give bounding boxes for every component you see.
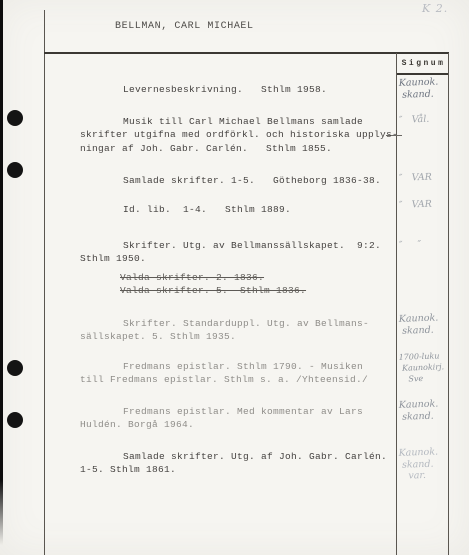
signum-annotation: Kaunok.skand. [399,76,448,101]
signum-line: var. [408,469,447,482]
entry-text-line: Skrifter. Standarduppl. Utg. av Bellmans… [80,317,410,330]
catalog-entry: Id. lib. 1-4. Sthlm 1889. [80,203,410,216]
punch-hole [7,110,23,126]
entry-text-line: skrifter utgifna med ordförkl. och histo… [80,128,410,141]
scan-edge-artifact [0,0,3,545]
library-catalog-card: K 2. BELLMAN, CARL MICHAEL Signum Levern… [0,0,469,555]
catalog-entry: Samlade skrifter. 1-5. Götheborg 1836-38… [80,174,410,187]
entry-text-line: Fredmans epistlar. Med kommentar av Lars [80,405,410,418]
entry-text-line: Samlade skrifter. 1-5. Götheborg 1836-38… [80,174,410,187]
signum-annotation: Kaunok.skand.var. [398,446,447,482]
card-heading: BELLMAN, CARL MICHAEL [115,21,254,32]
entry-text-line: 1-5. Sthlm 1861. [80,463,410,476]
signum-line: skand. [402,324,447,337]
signum-annotation: Kaunok.skand. [399,398,448,423]
punch-hole [7,162,23,178]
entry-text-line: Skrifter. Utg. av Bellmanssällskapet. 9:… [80,239,410,252]
entry-text-line: Valda skrifter. 5. Sthlm 1836. [80,284,410,297]
entry-text-line: Musik till Carl Michael Bellmans samlade [80,115,410,128]
entry-text-line: ningar af Joh. Gabr. Carlén. Sthlm 1855. [80,142,410,155]
entry-text-line: Samlade skrifter. Utg. af Joh. Gabr. Car… [80,450,410,463]
signum-line: Sve [408,372,447,384]
signum-line: ″ VAR [399,171,447,184]
signum-line: ″ VAR [399,198,447,211]
signum-annotation: ″ VAR [399,171,447,184]
entry-text-line: Sthlm 1950. [80,252,410,265]
catalog-entry: Skrifter. Utg. av Bellmanssällskapet. 9:… [80,239,410,266]
signum-line: ″ ″ [399,238,447,251]
page-number-annotation: K 2. [422,2,448,15]
signum-line: Kaunokirj. [402,361,447,374]
entry-text-line: till Fredmans epistlar. Sthlm s. a. /Yht… [80,373,410,386]
signum-annotation: ″ ″ [399,238,447,251]
catalog-entry: Fredmans epistlar. Med kommentar av Lars… [80,405,410,432]
entry-text-line: Levernesbeskrivning. Sthlm 1958. [80,83,410,96]
signum-column-header: Signum [397,54,448,75]
signum-line: ″ Vål. [399,113,447,126]
header-rule [44,52,449,54]
catalog-entry: Levernesbeskrivning. Sthlm 1958. [80,83,410,96]
signum-line: skand. [402,88,447,101]
catalog-entry: Valda skrifter. 2. 1836.Valda skrifter. … [80,271,410,298]
signum-column-right-rule [448,53,449,555]
entry-text-line: Valda skrifter. 2. 1836. [80,271,410,284]
card-left-rule [44,10,45,555]
entry-text-line: sällskapet. 5. Sthlm 1935. [80,330,410,343]
catalog-entry: Samlade skrifter. Utg. af Joh. Gabr. Car… [80,450,410,477]
signum-annotation: 1700-lukuKaunokirj.Sve [398,350,447,385]
catalog-entry: Fredmans epistlar. Sthlm 1790. - Musiken… [80,360,410,387]
punch-hole [7,412,23,428]
catalog-entry: Musik till Carl Michael Bellmans samlade… [80,115,410,155]
signum-annotation: Kaunok.skand. [399,312,448,337]
punch-hole [7,360,23,376]
entry-text-line: Huldén. Borgå 1964. [80,418,410,431]
signum-annotation: ″ Vål. [399,113,447,126]
entry-text-line: Fredmans epistlar. Sthlm 1790. - Musiken [80,360,410,373]
signum-annotation: ″ VAR [399,198,447,211]
signum-line: skand. [402,410,447,423]
catalog-entry: Skrifter. Standarduppl. Utg. av Bellmans… [80,317,410,344]
entry-text-line: Id. lib. 1-4. Sthlm 1889. [80,203,410,216]
